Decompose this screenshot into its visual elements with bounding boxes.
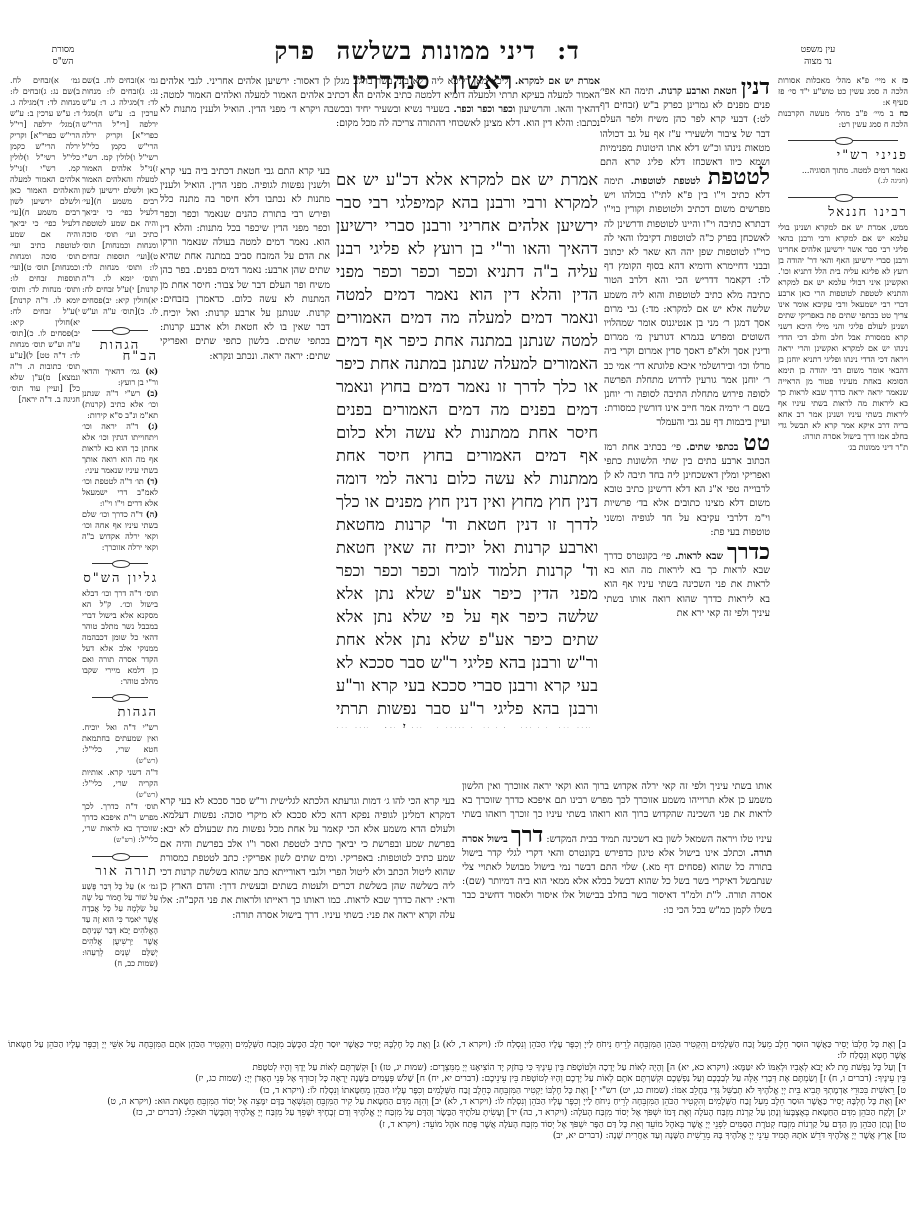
left-margin-notes: הגהות הב"ח (א) גמ׳ דהאיך והדאי ור"י בן ר… bbox=[82, 320, 158, 1035]
verse-line: ד] וְעַל כָּל נַפְשֹׁת מֵת לֹא יָבֹא לְא… bbox=[8, 1063, 906, 1074]
torah-or-title: תורה אור bbox=[82, 866, 158, 877]
entry-mark: (ג) bbox=[148, 421, 158, 431]
verse-line: בֵּין עֵינֶיךָ: (דברים ו, ח) ז] וְשַׂמְת… bbox=[8, 1074, 906, 1085]
entry-sub: א bbox=[891, 76, 896, 85]
rabbeinu-chananel-footer: ת"ר דיני ממונות בג׳ bbox=[778, 442, 908, 453]
ein-mishpat-entry: כח ב מיי׳ פ"ב מהל׳ מעשה הקרבנות הלכה ח ס… bbox=[778, 108, 908, 130]
masoret-hashas-column: גמ׳ א)זבחים לח. ב)שם נג: ג)זבחים לז: מנח… bbox=[82, 75, 158, 315]
masoret-continuation: גמ׳ א)זבחים לח. ב)שם נג: ג)זבחים לז: מנח… bbox=[10, 75, 80, 1035]
hagahot-habach-entry: (ד) תו׳ ד"ה לטטפת וכו׳ לאמ"ב דרי ישמעאל … bbox=[82, 476, 158, 509]
rashi-lower: בעי קרא הכי להו ג׳ דמות וגרעתא הלכתא לגל… bbox=[160, 795, 455, 1035]
entry-mark: (ב) bbox=[147, 388, 158, 398]
page-number: ד: bbox=[557, 36, 579, 65]
verse-line: טו] וְנָתַן הַכֹּהֵן מִן הַדָּם עַל קַרְ… bbox=[8, 1120, 906, 1131]
tosafot-dibbur: חטאת וארבע קרנות. bbox=[658, 86, 737, 97]
entry-ref: (רש"ש) bbox=[136, 757, 158, 765]
hagahot-habach-entry: (ג) ד"ה יראה וכו׳ ויתחוייתו דגתין וכו׳ א… bbox=[82, 421, 158, 476]
hagahot-entry: תוס׳ ד"ה כדרך. לכך מפרש ר"ת איפכא כדרך ש… bbox=[82, 801, 158, 846]
torah-or-footer: ב] וְאֶת כָּל חֶלְבּוֹ יָסִיר כַּאֲשֶׁר … bbox=[8, 1040, 906, 1140]
verse-line: טז] אֶרֶץ אֲשֶׁר יְיָ אֱלֹהֶיךָ דֹּרֵשׁ … bbox=[8, 1131, 906, 1140]
tosafot-dibbur-large: טט bbox=[743, 430, 770, 456]
tosafot-top-block: דנין חטאת וארבע קרנות. תימה הא אפי׳ פנים… bbox=[600, 75, 770, 165]
tosafot-dibbur-large: דרך bbox=[511, 822, 543, 848]
tosafot-text: פי׳ בכתיב אחת רמז הכתוב ארבע בתים בין שת… bbox=[604, 442, 770, 538]
entry-text: רש"י ד"ה ואל יוכיח. ואין שמעתים בחתמאת ח… bbox=[82, 723, 158, 754]
rabbeinu-chananel-title: רבינו חננאל bbox=[778, 207, 908, 218]
tosafot-dibbur-large: לטטפת bbox=[708, 165, 770, 190]
hagahot-habach-entry: (א) גמ׳ דהאיך והדאי ור"י בן רועץ: bbox=[82, 366, 158, 388]
entry-ref: (רש"ש) bbox=[114, 836, 136, 844]
hagahot-habach-entry: (ב) רש"י ד"ה שנתנן וכו׳ אלא כתיב (קרנות)… bbox=[82, 388, 158, 421]
gemara-body: אמרת יש אם למקרא אלא דכ"ע יש אם למקרא ור… bbox=[336, 170, 598, 728]
penei-rashi-text: נאמר דמים למטה. מתוך הסוגיה... bbox=[778, 165, 908, 176]
ornament-divider bbox=[92, 326, 148, 334]
tosafot-latotefet: לטטפת לטטפת לטוטפות. תימה דלא כתיב וי"ו … bbox=[604, 165, 770, 431]
rashi-lower-text: בעי קרא הכי להו ג׳ דמות וגרעתא הלכתא לגל… bbox=[160, 796, 455, 921]
masoret-label-line2: הש"ס bbox=[38, 56, 88, 68]
rashi-dibbur: וכפר וכפר וכפר. bbox=[453, 104, 515, 115]
section-title: דיני ממונות בשלשה bbox=[336, 36, 535, 65]
verse-line: ב] וְאֶת כָּל חֶלְבּוֹ יָסִיר כַּאֲשֶׁר … bbox=[8, 1040, 906, 1063]
ornament-divider bbox=[788, 193, 898, 201]
entry-mark: (א) bbox=[145, 366, 158, 376]
tosafot-text: לטוטפות דקיבלו והאי לה כוי"ו לטוטפות שפן… bbox=[604, 233, 770, 429]
entry-text: ד"ה דשני קרא. אותיות הקריה שרי, כלי"ל: bbox=[82, 768, 158, 788]
entry-mark: (ד) bbox=[147, 476, 158, 486]
tosafot-text: וכתלב אינו בישול אלא טיגון כדפירש בקונטר… bbox=[462, 848, 772, 916]
tosafot-kederech: כדרך שבא לראות. פי׳ בקונטרס כדרך שבא לרא… bbox=[604, 540, 770, 621]
gemara-text: אמרת יש אם למקרא אלא דכ"ע יש אם למקרא ור… bbox=[336, 168, 598, 728]
tosafot-lower-text: אותו בשתי עיניך ולפי זה קאי ירלה אקדוש ב… bbox=[462, 781, 772, 845]
entry-tag: כז bbox=[902, 75, 908, 85]
ornament-divider bbox=[92, 693, 148, 701]
hagahot-habach-entry: (ה) ד"ה כדרך וכו׳ שלם בשתי עיניו אף אחה … bbox=[82, 509, 158, 553]
ein-mishpat-label: עין משפט נר מצוה bbox=[778, 44, 858, 68]
ein-mishpat-label-line1: עין משפט bbox=[778, 44, 858, 56]
verse-line: ט] רֵאשִׁית בִּכּוּרֵי אַדְמָתְךָ תָּבִי… bbox=[8, 1086, 906, 1097]
penei-rashi-title: פניני רש"י bbox=[778, 150, 908, 161]
ein-mishpat-column: כז א מיי׳ פ"א מהל׳ מאכלות אסורות הלכה ה … bbox=[778, 75, 908, 1035]
torah-or-text: גמ׳ א) עַל כָּל דְּבַר פֶּשַׁע עַל שׁוֹר… bbox=[82, 881, 158, 969]
ornament-divider bbox=[788, 136, 898, 144]
penei-rashi-ref: (חגיגה לג.) bbox=[778, 176, 908, 187]
hagahot-title: הגהות bbox=[82, 707, 158, 718]
rabbeinu-chananel-text: ממש, אמרת יש אם למקרא ושנינן בולי עלמא י… bbox=[778, 222, 908, 442]
entry-tag: כח bbox=[899, 108, 908, 118]
tosafot-tat: טט בכתפי שתים. פי׳ בכתיב אחת רמז הכתוב א… bbox=[604, 431, 770, 540]
tosafot-dibbur: לטטפת לטוטפות. bbox=[631, 176, 701, 187]
entry-text: ד"ה יראה וכו׳ ויתחוייתו דגתין וכו׳ אלא א… bbox=[82, 422, 158, 475]
hagahot-habach-title: הגהות הב"ח bbox=[82, 340, 158, 362]
gilyon-hashas-text: תוס׳ ד"ה דרך וכו׳ דבלא בישול וכו׳. ק"ל ה… bbox=[82, 588, 158, 687]
rashi-dibbur: אמרת יש אם למקרא. bbox=[515, 76, 600, 87]
entry-ref: (רש"ש) bbox=[136, 791, 158, 799]
entry-sub: ב bbox=[890, 109, 894, 118]
entry-text: מיי׳ פ"א מהל׳ מאכלות אסורות הלכה ה סמג ע… bbox=[778, 76, 908, 107]
ornament-divider bbox=[92, 559, 148, 567]
tosafot-lower: אותו בשתי עיניך ולפי זה קאי ירלה אקדוש ב… bbox=[462, 780, 772, 1035]
tosafot-commentary: לטטפת לטטפת לטוטפות. תימה דלא כתיב וי"ו … bbox=[604, 165, 770, 785]
hagahot-entry: רש"י ד"ה ואל יוכיח. ואין שמעתים בחתמאת ח… bbox=[82, 722, 158, 767]
tosafot-dibbur: שבא לראות. bbox=[675, 551, 723, 562]
masoret-label-line1: מסורת bbox=[38, 44, 88, 56]
gilyon-hashas-title: גליון הש"ס bbox=[82, 573, 158, 584]
rashi-top-block: אמרת יש אם למקרא. וליכא מאן דליפא ליה דל… bbox=[160, 75, 600, 165]
entry-mark: (ה) bbox=[146, 509, 158, 519]
ein-mishpat-label-line2: נר מצוה bbox=[778, 56, 858, 68]
rashi-main-text: בעי קרא התם גבי חטאת דכתיב ביה בעי קרא ו… bbox=[160, 166, 330, 362]
verse-line: יא] וְאֶת כָּל חֶלְבָּהּ יָסִיר כַּאֲשֶׁ… bbox=[8, 1097, 906, 1108]
entry-text: מיי׳ פ"ב מהל׳ מעשה הקרבנות הלכה ח סמג עש… bbox=[778, 109, 908, 129]
verse-line: יג] וְלָקַח הַכֹּהֵן מִדַּם הַחַטָּאת בְ… bbox=[8, 1108, 906, 1119]
masoret-text: גמ׳ א)זבחים לח. ב)שם נג: ג)זבחים לז: מנח… bbox=[10, 76, 80, 404]
tosafot-dibbur: בכתפי שתים. bbox=[686, 442, 738, 453]
masoret-text: גמ׳ א)זבחים לח. ב)שם נג: ג)זבחים לז: מנח… bbox=[82, 76, 158, 315]
ein-mishpat-entry: כז א מיי׳ פ"א מהל׳ מאכלות אסורות הלכה ה … bbox=[778, 75, 908, 108]
rashi-commentary: בעי קרא התם גבי חטאת דכתיב ביה בעי קרא ו… bbox=[160, 165, 330, 785]
ornament-divider bbox=[92, 852, 148, 860]
tosafot-dibbur-large: דנין bbox=[741, 75, 770, 100]
hagahot-entry: ד"ה דשני קרא. אותיות הקריה שרי, כלי"ל: (… bbox=[82, 767, 158, 801]
tosafot-dibbur-large: כדרך bbox=[727, 539, 770, 565]
masoret-hashas-label: מסורת הש"ס bbox=[38, 44, 88, 68]
